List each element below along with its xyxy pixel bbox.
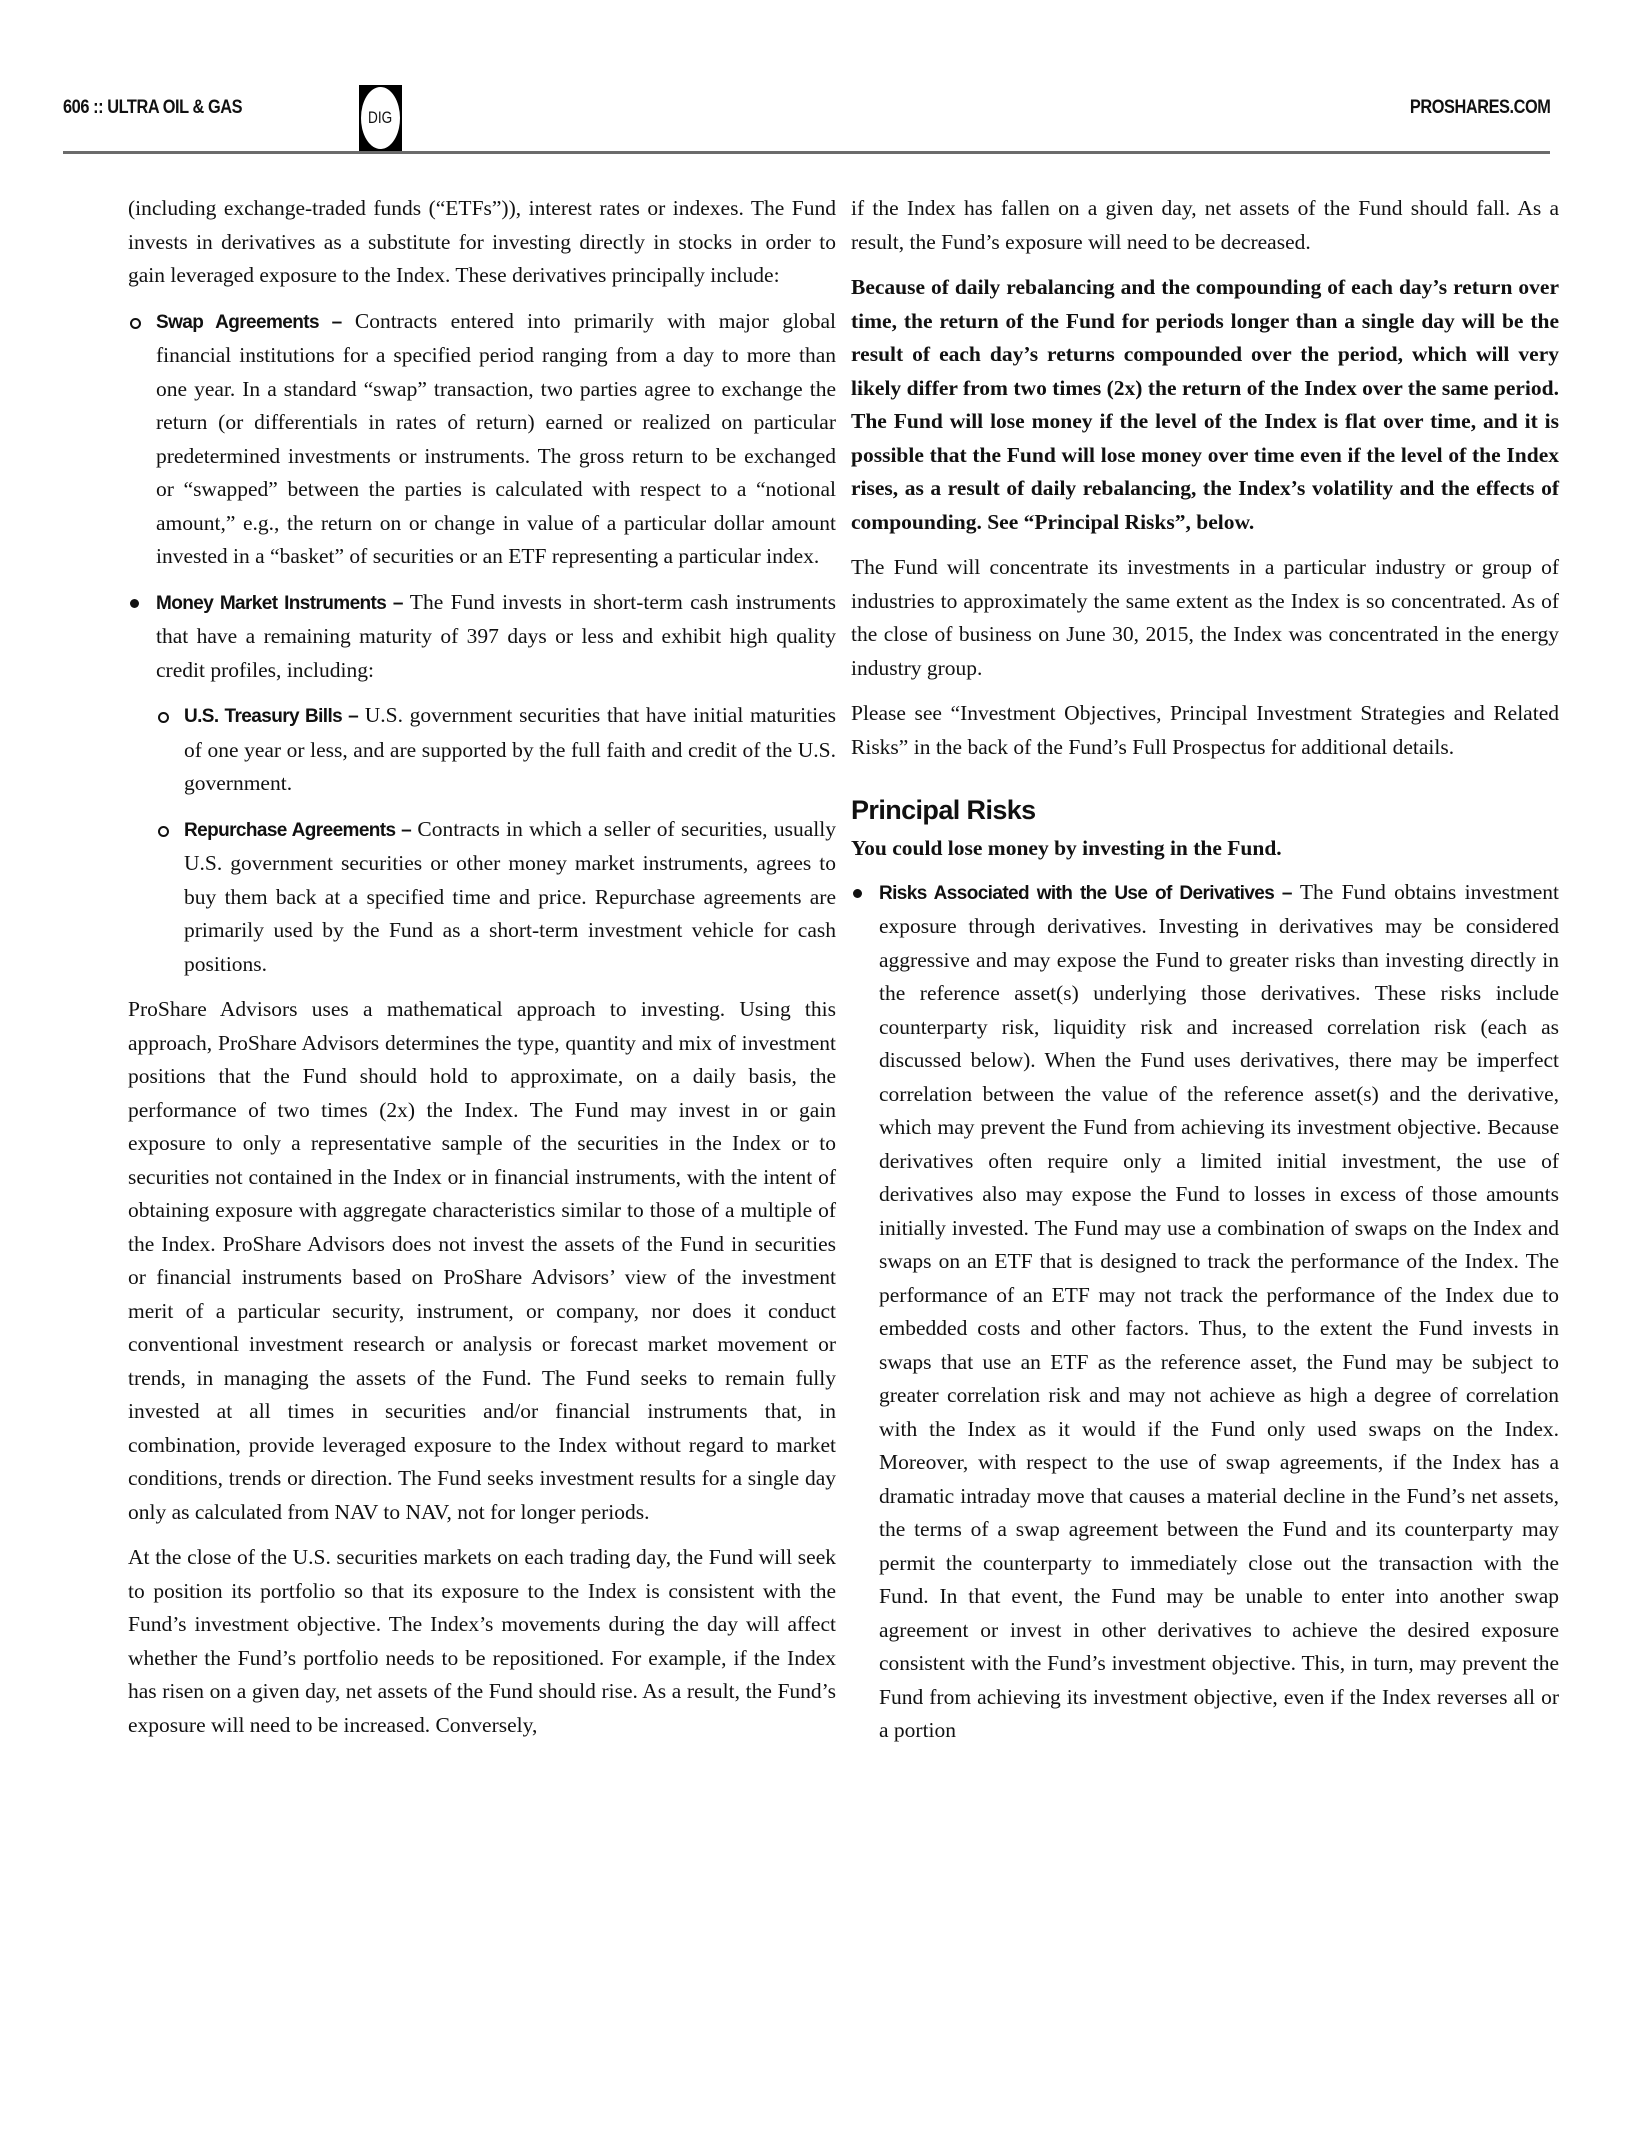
market-close-paragraph: At the close of the U.S. securities mark… <box>128 1541 836 1742</box>
term-repurchase-agreements: Repurchase Agreements – <box>184 820 411 841</box>
list-item-swap-agreements: Swap Agreements – Contracts entered into… <box>128 305 836 574</box>
term-money-market: Money Market Instruments – <box>156 593 403 614</box>
term-treasury-bills: U.S. Treasury Bills – <box>184 706 358 727</box>
list-item-repurchase-agreements: Repurchase Agreements – Contracts in whi… <box>156 813 836 982</box>
list-item-derivatives-risk: Risks Associated with the Use of Derivat… <box>851 876 1559 1748</box>
approach-paragraph: ProShare Advisors uses a mathematical ap… <box>128 993 836 1529</box>
risks-list: Risks Associated with the Use of Derivat… <box>851 876 1559 1748</box>
list-item-treasury-bills: U.S. Treasury Bills – U.S. government se… <box>156 699 836 801</box>
term-derivatives-risk: Risks Associated with the Use of Derivat… <box>879 883 1292 904</box>
instruments-list: Money Market Instruments – The Fund inve… <box>128 586 836 982</box>
right-column: if the Index has fallen on a given day, … <box>851 192 1559 1760</box>
derivatives-list: Swap Agreements – Contracts entered into… <box>128 305 836 574</box>
see-prospectus-paragraph: Please see “Investment Objectives, Princ… <box>851 697 1559 764</box>
website-label: PROSHARES.COM <box>1409 97 1550 119</box>
derivatives-risk-text: The Fund obtains investment exposure thr… <box>879 880 1559 1743</box>
page-number-fund-name: 606 :: ULTRA OIL & GAS <box>63 97 242 119</box>
header-divider <box>63 151 1550 154</box>
continued-paragraph: if the Index has fallen on a given day, … <box>851 192 1559 259</box>
page-header: 606 :: ULTRA OIL & GAS DIG PROSHARES.COM <box>63 85 1563 145</box>
compounding-warning-paragraph: Because of daily rebalancing and the com… <box>851 271 1559 539</box>
risk-warning-subtitle: You could lose money by investing in the… <box>851 832 1559 866</box>
ticker-symbol: DIG <box>368 108 392 128</box>
left-column: (including exchange-traded funds (“ETFs”… <box>128 192 836 1754</box>
swap-agreements-text: Contracts entered into primarily with ma… <box>156 309 836 569</box>
ticker-badge: DIG <box>359 85 402 153</box>
money-market-sublist: U.S. Treasury Bills – U.S. government se… <box>156 699 836 981</box>
term-swap-agreements: Swap Agreements – <box>156 312 342 333</box>
ticker-oval-icon: DIG <box>361 87 400 149</box>
section-title-principal-risks: Principal Risks <box>851 792 1559 828</box>
list-item-money-market: Money Market Instruments – The Fund inve… <box>128 586 836 982</box>
concentration-paragraph: The Fund will concentrate its investment… <box>851 551 1559 685</box>
intro-paragraph: (including exchange-traded funds (“ETFs”… <box>128 192 836 293</box>
